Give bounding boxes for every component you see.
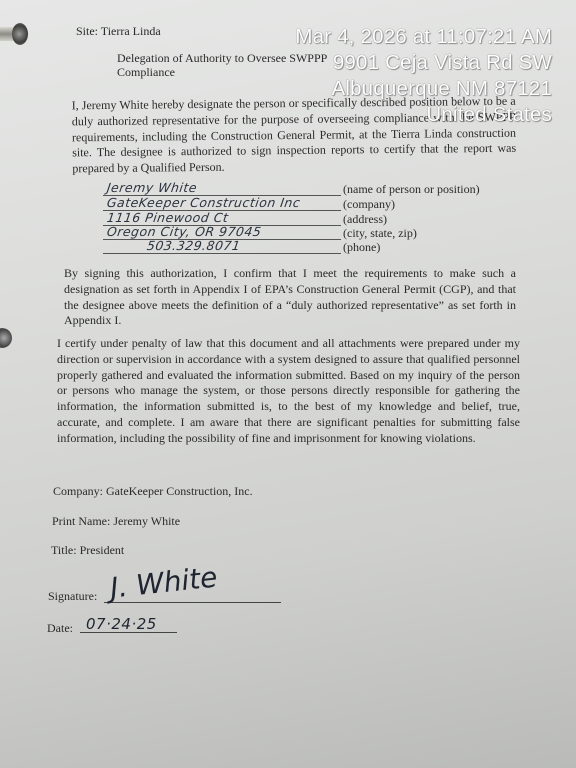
title-line: Title: President	[51, 543, 124, 558]
binder-ring-middle	[0, 328, 12, 348]
designee-phone-label: (phone)	[343, 240, 380, 255]
date-label: Date:	[47, 621, 73, 636]
photo-timestamp-overlay: Mar 4, 2026 at 11:07:21 AM 9901 Ceja Vis…	[295, 24, 552, 128]
designee-company-value: GateKeeper Construction Inc	[106, 195, 342, 210]
designee-name-label: (name of person or position)	[343, 182, 480, 197]
signature-label: Signature:	[48, 589, 97, 604]
signature-value: J. White	[109, 560, 219, 604]
company-line: Company: GateKeeper Construction, Inc.	[53, 484, 253, 499]
designee-company-label: (company)	[343, 197, 395, 212]
document-title-line2: Compliance	[117, 65, 175, 80]
binder-ring-top	[0, 27, 28, 41]
designee-name-value: Jeremy White	[106, 180, 342, 195]
overlay-timestamp: Mar 4, 2026 at 11:07:21 AM	[295, 24, 552, 50]
designee-address-value: 1116 Pinewood Ct	[106, 210, 342, 225]
confirmation-paragraph: By signing this authorization, I confirm…	[64, 266, 516, 329]
designee-city-value: Oregon City, OR 97045	[106, 224, 342, 239]
date-value: 07·24·25	[86, 615, 157, 633]
overlay-address-line2: Albuquerque NM 87121	[295, 76, 552, 102]
print-name-line: Print Name: Jeremy White	[52, 514, 180, 529]
overlay-address-line1: 9901 Ceja Vista Rd SW	[295, 50, 552, 76]
document-photo: Site: Tierra Linda Delegation of Authori…	[0, 0, 576, 768]
site-label: Site: Tierra Linda	[76, 24, 161, 39]
overlay-country: United States	[295, 102, 552, 128]
field-row-phone: 503.329.8071 (phone)	[103, 241, 503, 256]
certification-paragraph: I certify under penalty of law that this…	[57, 336, 520, 447]
designee-address-label: (address)	[343, 212, 387, 227]
